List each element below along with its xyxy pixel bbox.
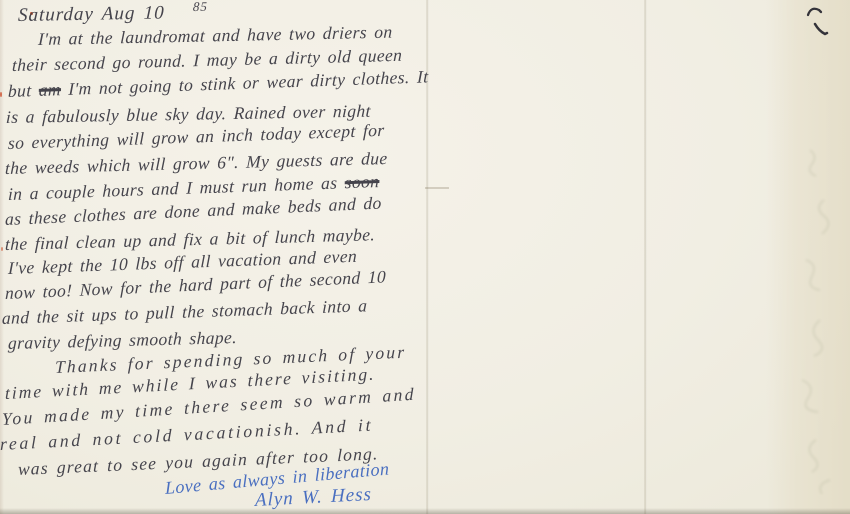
fold-crease: [644, 0, 647, 514]
scribbled-word: soon: [345, 171, 380, 192]
ink-speck: [0, 92, 2, 97]
letter-date: Saturday Aug 1085: [18, 2, 208, 27]
scribbled-word: am: [39, 79, 62, 100]
line-text: but: [8, 80, 39, 101]
ink-speck: [1, 247, 3, 251]
line-text: gravity defying smooth shape.: [8, 327, 238, 353]
date-text: Saturday Aug 10: [18, 2, 165, 26]
bleedthrough-ghost-writing: [780, 140, 846, 500]
fold-crease: [425, 187, 449, 189]
date-year: 85: [193, 0, 209, 14]
paper-bottom-shadow: [0, 508, 850, 514]
pen-mark-icon: [798, 2, 840, 42]
letter-scan: Saturday Aug 1085 I'm at the laundromat …: [0, 0, 850, 514]
